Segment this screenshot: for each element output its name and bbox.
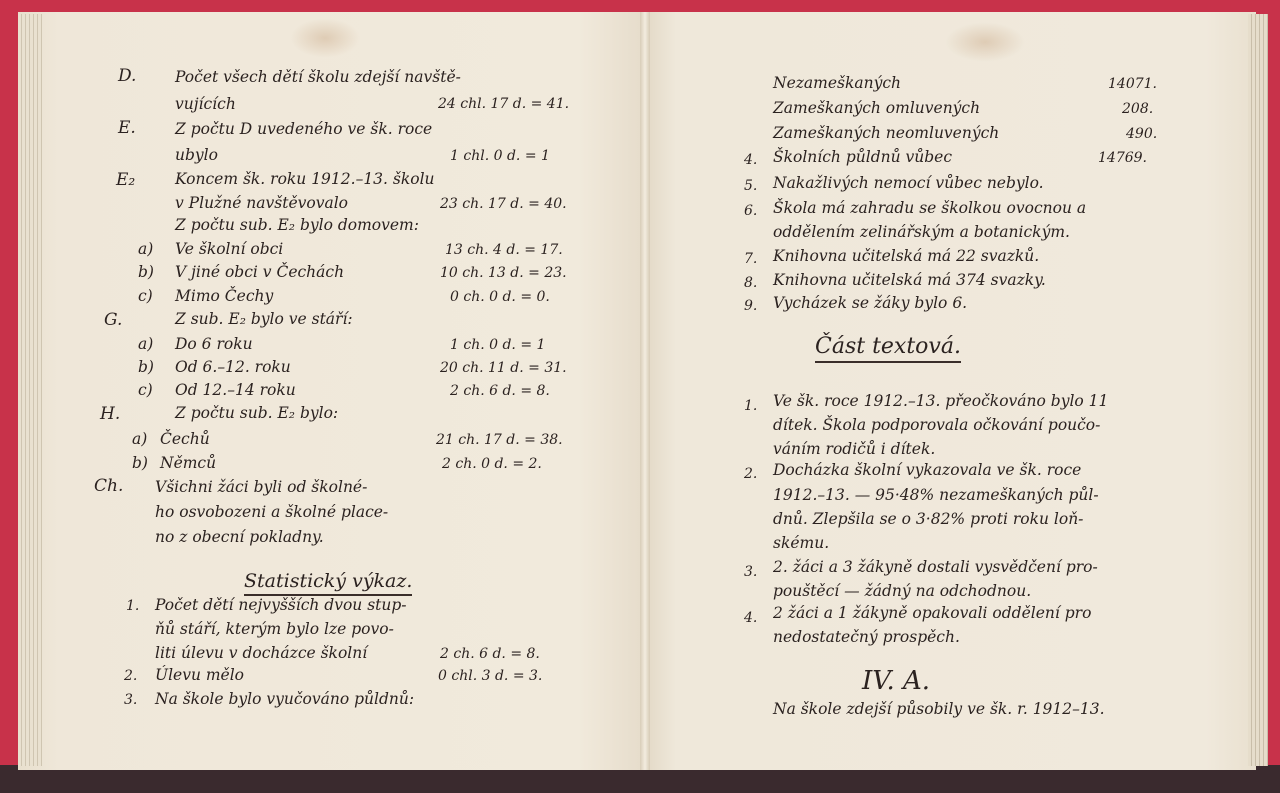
entry-mark: G. bbox=[104, 310, 122, 330]
item-text: Škola má zahradu se školkou ovocnou a bbox=[773, 199, 1086, 217]
entry-mark: b) bbox=[138, 263, 154, 281]
narrative-text: 2 žáci a 1 žákyně opakovali oddělení pro bbox=[773, 604, 1091, 622]
narrative-text: dítek. Škola podporovala očkování poučo- bbox=[773, 416, 1100, 434]
entry-text: Mimo Čechy bbox=[175, 287, 273, 305]
attendance-label: Školních půldnů vůbec bbox=[773, 148, 952, 166]
entry-text: V jiné obci v Čechách bbox=[175, 263, 344, 281]
attendance-value: 14769. bbox=[1098, 150, 1147, 166]
attendance-value: 490. bbox=[1126, 126, 1157, 142]
entry-text: Z počtu sub. E₂ bylo domovem: bbox=[175, 216, 419, 234]
entry-text: Z počtu sub. E₂ bylo: bbox=[175, 404, 338, 422]
paper-stain bbox=[290, 18, 360, 58]
narrative-text: pouštěcí — žádný na odchodnou. bbox=[773, 582, 1031, 600]
entry-text: Do 6 roku bbox=[175, 335, 253, 353]
entry-mark: c) bbox=[138, 381, 153, 399]
entry-value: 13 ch. 4 d. = 17. bbox=[445, 242, 563, 258]
entry-text: Z sub. E₂ bylo ve stáří: bbox=[175, 310, 353, 328]
stat-value: 2 ch. 6 d. = 8. bbox=[440, 646, 540, 662]
attendance-label: Nezameškaných bbox=[773, 74, 901, 92]
stat-text: Počet dětí nejvyšších dvou stup- bbox=[155, 596, 407, 614]
entry-text: Z počtu D uvedeného ve šk. roce bbox=[175, 120, 432, 138]
entry-value: 1 chl. 0 d. = 1 bbox=[450, 148, 550, 164]
entry-text: vujících bbox=[175, 95, 236, 113]
narrative-text: Ve šk. roce 1912.–13. přeočkováno bylo 1… bbox=[773, 392, 1108, 410]
entry-text: no z obecní pokladny. bbox=[155, 528, 324, 546]
entry-mark: a) bbox=[132, 430, 147, 448]
attendance-label: Zameškaných omluvených bbox=[773, 99, 980, 117]
item-mark: 8. bbox=[744, 275, 757, 291]
entry-text: Ve školní obci bbox=[175, 240, 283, 258]
entry-value: 1 ch. 0 d. = 1 bbox=[450, 337, 545, 353]
narrative-text: skému. bbox=[773, 534, 829, 552]
book-gutter bbox=[640, 12, 650, 770]
item-text: Vycházek se žáky bylo 6. bbox=[773, 294, 967, 312]
entry-value: 10 ch. 13 d. = 23. bbox=[440, 265, 567, 281]
entry-mark: b) bbox=[132, 454, 148, 472]
narrative-mark: 4. bbox=[744, 610, 757, 626]
entry-text: ho osvobozeni a školné place- bbox=[155, 503, 388, 521]
entry-value: 2 ch. 0 d. = 2. bbox=[442, 456, 542, 472]
entry-text: Počet všech dětí školu zdejší navště- bbox=[175, 68, 461, 86]
entry-value: 20 ch. 11 d. = 31. bbox=[440, 360, 567, 376]
section-iv-a-title: IV. A. bbox=[862, 666, 930, 696]
stat-mark: 2. bbox=[124, 668, 137, 684]
attendance-value: 208. bbox=[1122, 101, 1153, 117]
stat-text: ňů stáří, kterým bylo lze povo- bbox=[155, 620, 394, 638]
entry-text: Čechů bbox=[160, 430, 210, 448]
item-text: Knihovna učitelská má 374 svazky. bbox=[773, 271, 1046, 289]
narrative-text: dnů. Zlepšila se o 3·82% proti roku loň- bbox=[773, 510, 1083, 528]
paper-stain bbox=[945, 22, 1025, 62]
stat-mark: 1. bbox=[126, 598, 139, 614]
entry-value: 2 ch. 6 d. = 8. bbox=[450, 383, 550, 399]
narrative-text: 1912.–13. — 95·48% nezameškaných půl- bbox=[773, 486, 1099, 504]
item-mark: 5. bbox=[744, 178, 757, 194]
entry-text: Koncem šk. roku 1912.–13. školu bbox=[175, 170, 435, 188]
entry-mark: c) bbox=[138, 287, 153, 305]
narrative-text: 2. žáci a 3 žákyně dostali vysvědčení pr… bbox=[773, 558, 1098, 576]
entry-value: 0 ch. 0 d. = 0. bbox=[450, 289, 550, 305]
item-text: Knihovna učitelská má 22 svazků. bbox=[773, 247, 1039, 265]
entry-value: 24 chl. 17 d. = 41. bbox=[438, 96, 569, 112]
entry-mark: Ch. bbox=[94, 476, 123, 496]
entry-value: 23 ch. 17 d. = 40. bbox=[440, 196, 567, 212]
entry-mark: E₂ bbox=[116, 170, 135, 190]
attendance-mark: 4. bbox=[744, 152, 757, 168]
entry-mark: a) bbox=[138, 240, 153, 258]
entry-text: Od 12.–14 roku bbox=[175, 381, 296, 399]
entry-text: Od 6.–12. roku bbox=[175, 358, 291, 376]
attendance-value: 14071. bbox=[1108, 76, 1157, 92]
narrative-mark: 2. bbox=[744, 466, 757, 482]
item-mark: 6. bbox=[744, 203, 757, 219]
stat-text: Úlevu mělo bbox=[155, 666, 244, 684]
stat-text: liti úlevu v docházce školní bbox=[155, 644, 367, 662]
item-mark: 9. bbox=[744, 298, 757, 314]
closing-line: Na škole zdejší působily ve šk. r. 1912–… bbox=[773, 700, 1105, 718]
section-title-text-part: Část textová. bbox=[815, 334, 961, 363]
attendance-label: Zameškaných neomluvených bbox=[773, 124, 999, 142]
entry-mark: a) bbox=[138, 335, 153, 353]
right-page-edges bbox=[1248, 14, 1268, 766]
stat-text: Na škole bylo vyučováno půldnů: bbox=[155, 690, 414, 708]
narrative-text: váním rodičů i dítek. bbox=[773, 440, 935, 458]
entry-text: v Plužné navštěvovalo bbox=[175, 194, 348, 212]
narrative-mark: 3. bbox=[744, 564, 757, 580]
stat-value: 0 chl. 3 d. = 3. bbox=[438, 668, 542, 684]
entry-value: 21 ch. 17 d. = 38. bbox=[436, 432, 563, 448]
left-page-edges bbox=[18, 14, 42, 766]
entry-text: Všichni žáci byli od školné- bbox=[155, 478, 367, 496]
entry-text: Němců bbox=[160, 454, 216, 472]
narrative-mark: 1. bbox=[744, 398, 757, 414]
stat-mark: 3. bbox=[124, 692, 137, 708]
item-mark: 7. bbox=[744, 251, 757, 267]
entry-text: ubylo bbox=[175, 146, 218, 164]
entry-mark: H. bbox=[100, 404, 120, 424]
entry-mark: E. bbox=[118, 118, 136, 138]
entry-mark: D. bbox=[118, 66, 136, 86]
entry-mark: b) bbox=[138, 358, 154, 376]
section-title-statistical-report: Statistický výkaz. bbox=[244, 570, 412, 596]
narrative-text: nedostatečný prospěch. bbox=[773, 628, 960, 646]
item-text: oddělením zelinářským a botanickým. bbox=[773, 223, 1070, 241]
item-text: Nakažlivých nemocí vůbec nebylo. bbox=[773, 174, 1044, 192]
narrative-text: Docházka školní vykazovala ve šk. roce bbox=[773, 461, 1081, 479]
